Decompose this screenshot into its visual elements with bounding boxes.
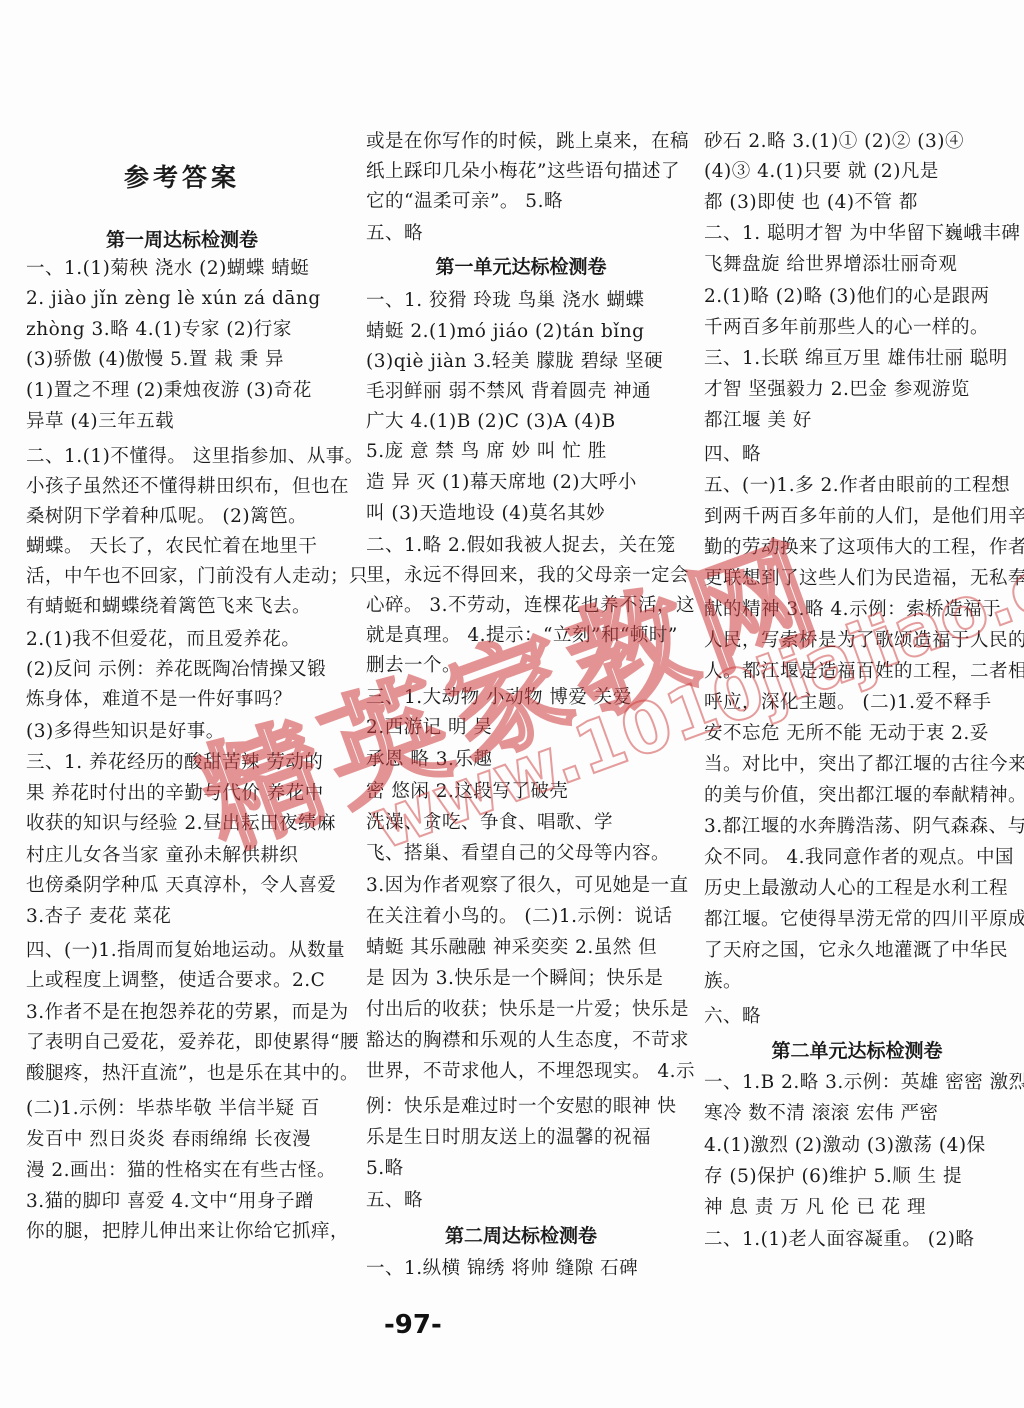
answer-line: 收获的知识与经验 2.昼出耘田夜绩麻 [26,810,336,838]
answer-line: (1)置之不理 (2)秉烛夜游 (3)奇花 [26,377,312,405]
answer-line: 果 养花时付出的辛勤与代价 养花中 [26,780,324,808]
section-heading: 第二单元达标检测卷 [704,1037,1010,1065]
answer-key-page: 参考答案 第一周达标检测卷一、1.(1)菊秧 浇水 (2)蝴蝶 蜻蜓2. jià… [0,0,1024,1408]
answer-line: 毛羽鲜丽 弱不禁风 背着圆壳 神通 [366,378,651,406]
answer-line: 历史上最激动人心的工程是水利工程 [704,875,1008,903]
answer-line: 一、1. 狡猾 玲珑 鸟巢 浇水 蝴蝶 [366,287,645,315]
answer-line: 存 (5)保护 (6)维护 5.顺 生 提 [704,1163,962,1191]
answer-line: 砂石 2.略 3.(1)① (2)② (3)④ [704,128,964,156]
answer-line: 有蜻蜓和蝴蝶绕着篱笆飞来飞去。 [26,593,311,621]
answer-line: 人民，写索桥是为了歌颂造福于人民的 [704,627,1024,655]
answer-line: 蝴蝶。 天长了，农民忙着在地里干 [26,533,317,561]
answer-line: (4)③ 4.(1)只要 就 (2)凡是 [704,158,939,186]
answer-line: 付出后的收获；快乐是一片爱；快乐是 [366,996,689,1024]
answer-line: 豁达的胸襟和乐观的人生态度，不苛求 [366,1027,689,1055]
answer-line: 5.略 [366,1155,404,1183]
answer-line: 二、1.(1)不懂得。 这里指参加、从事。 [26,443,364,471]
answer-line: 它的“温柔可亲”。 5.略 [366,188,563,216]
answer-line: 3.猫的脚印 喜爱 4.文中“用身子蹭 [26,1188,314,1216]
answer-line: 里，永远不得回来，我的父母亲一定会 [366,562,689,590]
answer-line: 众不同。 4.我同意作者的观点。中国 [704,844,1014,872]
page-number: -97- [384,1310,442,1340]
answer-line: 到两千两百多年前的人们，是他们用辛 [704,503,1024,531]
answer-line: 活，中午也不回家，门前没有人走动；只 [26,563,368,591]
answer-line: 二、1.略 2.假如我被人捉去，关在笼 [366,532,676,560]
answer-line: 呼应，深化主题。 (二)1.爱不释手 [704,689,991,717]
answer-line: 心碎。 3.不劳动，连棵花也养不活，这 [366,592,695,620]
answer-line: (3)qiè jiàn 3.轻美 朦胧 碧绿 坚硬 [366,348,663,376]
answer-line: 了天府之国，它永久地灌溉了中华民 [704,937,1008,965]
answer-line: 2.(1)略 (2)略 (3)他们的心是跟两 [704,283,990,311]
answer-line: 都江堰。它使得旱涝无常的四川平原成 [704,906,1024,934]
answer-line: 六、略 [704,1003,761,1031]
answer-line: 或是在你写作的时候，跳上桌来，在稿 [366,128,689,156]
answer-line: (2)反问 示例：养花既陶冶情操又锻 [26,656,326,684]
answer-line: 2.西游记 明 吴 [366,714,492,742]
answer-line: 上或程度上调整，使适合要求。2.C [26,967,325,995]
answer-line: 寒冷 数不清 滚滚 宏伟 严密 [704,1100,939,1128]
answer-line: 洗澡、贪吃、争食、唱歌、学 [366,809,613,837]
answer-line: 就是真理。 4.提示：“立刻”和“顿时” [366,622,678,650]
answer-line: 叫 (3)天造地设 (4)莫名其妙 [366,500,605,528]
answer-line: 都江堰 美 好 [704,407,812,435]
answer-line: 蜻蜓 2.(1)mó jiáo (2)tán bǐng [366,318,644,346]
answer-line: 一、1.纵横 锦绣 将帅 缝隙 石碑 [366,1255,638,1283]
section-heading: 第一周达标检测卷 [26,226,338,254]
section-heading: 第一单元达标检测卷 [366,253,676,281]
answer-line: 都 (3)即使 也 (4)不管 都 [704,189,918,217]
answer-line: 3.杏子 麦花 菜花 [26,903,171,931]
answer-line: 村庄儿女各当家 童孙未解供耕织 [26,842,298,870]
answer-line: 承恩 略 3.乐趣 [366,746,492,774]
answer-line: 四、略 [704,441,761,469]
answer-line: 更联想到了这些人们为民造福，无私奉 [704,565,1024,593]
answer-line: 2. jiào jǐn zèng lè xún zá dāng [26,285,321,313]
answer-line: 你的腿，把脖儿伸出来让你给它抓痒， [26,1218,349,1246]
answer-line: 二、1.(1)老人面容凝重。 (2)略 [704,1226,974,1254]
answer-line: 二、1. 聪明才智 为中华留下巍峨丰碑 [704,220,1020,248]
answer-line: 千两百多年前那些人的心一样的。 [704,314,989,342]
answer-line: 异草 (4)三年五载 [26,408,174,436]
answer-line: 炼身体，难道不是一件好事吗？ [26,686,292,714]
answer-line: 小孩子虽然还不懂得耕田织布，但也在 [26,473,349,501]
answer-line: 人。都江堰是造福百姓的工程，二者相 [704,658,1024,686]
answer-line: 造 异 灭 (1)幕天席地 (2)大呼小 [366,469,637,497]
answer-line: 是 因为 3.快乐是一个瞬间；快乐是 [366,965,663,993]
answer-line: 安不忘危 无所不能 无动于衷 2.妥 [704,720,989,748]
answer-line: 一、1.(1)菊秧 浇水 (2)蝴蝶 蜻蜓 [26,255,309,283]
answer-line: 乐是生日时朋友送上的温馨的祝福 [366,1124,651,1152]
answer-line: 3.作者不是在抱怨养花的劳累，而是为 [26,999,349,1027]
answer-line: 例：快乐是难过时一个安慰的眼神 快 [366,1093,676,1121]
answer-line: 也傍桑阴学种瓜 天真淳朴，令人喜爱 [26,872,336,900]
answer-line: 酸腿疼，热汗直流”，也是乐在其中的。 [26,1060,359,1088]
answer-line: 漫 2.画出：猫的性格实在有些古怪。 [26,1157,336,1185]
answer-line: 五、略 [366,220,423,248]
answer-line: 世界，不苛求他人，不埋怨现实。 4.示 [366,1058,695,1086]
answer-line: 了表明自己爱花，爱养花，即使累得“腰 [26,1029,359,1057]
answer-line: 2.(1)我不但爱花，而且爱养花。 [26,626,300,654]
answer-line: 五、略 [366,1187,423,1215]
answer-line: zhòng 3.略 4.(1)专家 (2)行家 [26,316,292,344]
answer-line: 4.(1)激烈 (2)激动 (3)激荡 (4)保 [704,1132,986,1160]
answer-line: 三、1. 养花经历的酸甜苦辣 劳动的 [26,749,323,777]
answer-line: 发百中 烈日炎炎 春雨绵绵 长夜漫 [26,1126,311,1154]
answer-line: 飞、搭巢、看望自己的父母等内容。 [366,840,670,868]
answer-line: 广大 4.(1)B (2)C (3)A (4)B [366,408,616,436]
answer-line: 神 息 责 万 凡 伦 已 花 理 [704,1194,926,1222]
answer-line: 一、1.B 2.略 3.示例：英雄 密密 激烈 [704,1069,1024,1097]
section-heading: 第二周达标检测卷 [366,1222,676,1250]
answer-line: 才智 坚强毅力 2.巴金 参观游览 [704,376,970,404]
answer-line: (二)1.示例：毕恭毕敬 半信半疑 百 [26,1095,320,1123]
answer-line: 三、1.长联 绵亘万里 雄伟壮丽 聪明 [704,345,1008,373]
answer-line: 密 悠闲 2.这段写了破壳 [366,778,568,806]
answer-line: 纸上踩印几朵小梅花”这些语句描述了 [366,158,680,186]
answer-line: (3)多得些知识是好事。 [26,718,225,746]
answer-line: 五、(一)1.多 2.作者由眼前的工程想 [704,472,1010,500]
answer-line: 桑树阴下学着种瓜呢。 (2)篱笆。 [26,503,307,531]
answer-line: 蜻蜓 其乐融融 神采奕奕 2.虽然 但 [366,934,657,962]
answer-line: 勤的劳动换来了这项伟大的工程，作者 [704,534,1024,562]
answer-line: 在关注着小鸟的。 (二)1.示例：说话 [366,903,672,931]
answer-line: 3.因为作者观察了很久，可见她是一直 [366,872,689,900]
answer-line: 删去一个。 [366,652,461,680]
answer-line: 5.庞 意 禁 鸟 席 妙 叫 忙 胜 [366,438,607,466]
answer-line: 当。对比中，突出了都江堰的古往今来 [704,751,1024,779]
answer-line: 三、1.大动物 小动物 博爱 关爱 [366,684,632,712]
answer-line: 族。 [704,968,742,996]
answer-line: 的美与价值，突出都江堰的奉献精神。 [704,782,1024,810]
answer-line: 3.都江堰的水奔腾浩荡、阴气森森、与 [704,813,1024,841]
answer-line: 飞舞盘旋 给世界增添壮丽奇观 [704,251,957,279]
answer-line: 四、(一)1.指周而复始地运动。从数量 [26,937,345,965]
page-title: 参考答案 [26,158,338,194]
answer-line: 献的精神 3.略 4.示例：索桥造福于 [704,596,1001,624]
answer-line: (3)骄傲 (4)傲慢 5.置 栽 秉 异 [26,346,284,374]
